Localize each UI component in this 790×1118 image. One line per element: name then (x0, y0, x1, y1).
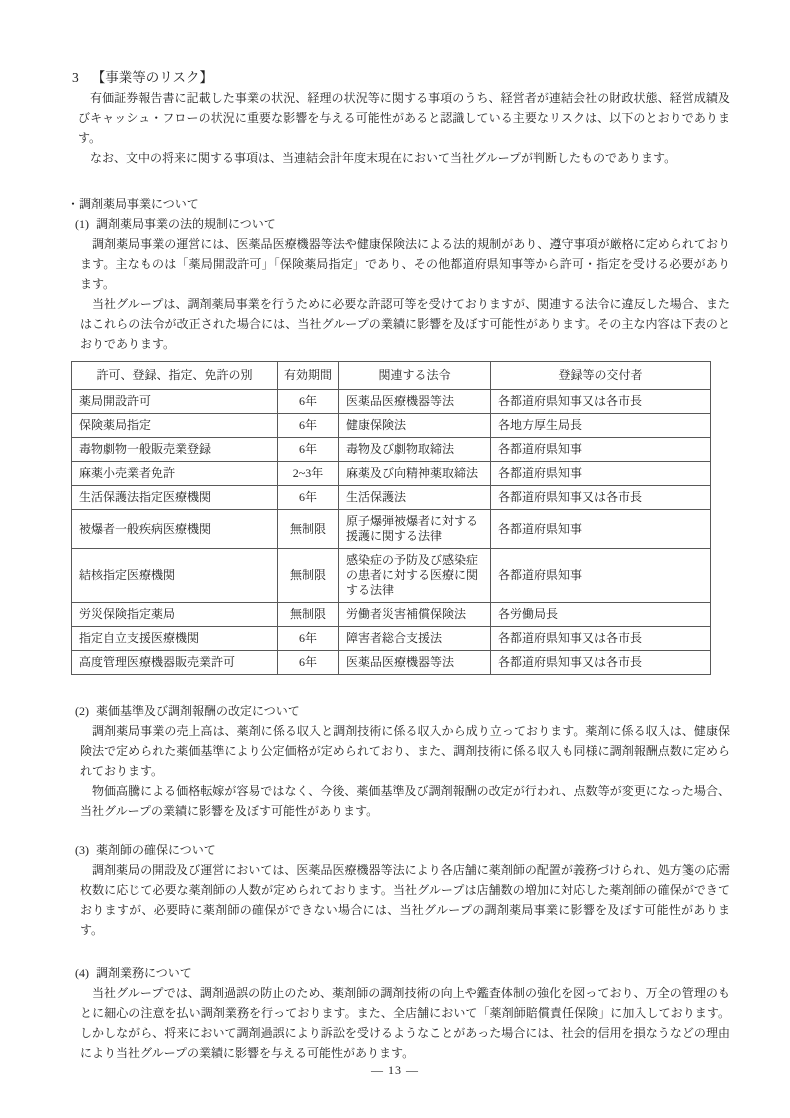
table-header-row: 許可、登録、指定、免許の別 有効期間 関連する法令 登録等の交付者 (72, 362, 711, 390)
page-number: ― 13 ― (0, 1060, 790, 1080)
cell-issuer: 各都道府県知事又は各市長 (491, 486, 711, 510)
subsection-3-number: (3) (75, 843, 89, 857)
subsection-2-title: 薬価基準及び調剤報酬の改定について (96, 704, 300, 718)
cell-valid-period: 6年 (278, 390, 339, 414)
cell-permit-type: 生活保護法指定医療機関 (72, 486, 278, 510)
document-page: 3【事業等のリスク】 有価証券報告書に記載した事業の状況、経理の状況等に関する事… (0, 0, 790, 1118)
cell-permit-type: 薬局開設許可 (72, 390, 278, 414)
cell-permit-type: 麻薬小売業者免許 (72, 462, 278, 486)
subsection-1: (1)調剤薬局事業の法的規制について 調剤薬局事業の運営には、医薬品医療機器等法… (70, 214, 730, 354)
table-row: 被爆者一般疾病医療機関 無制限 原子爆弾被爆者に対する援護に関する法律 各都道府… (72, 510, 711, 549)
cell-issuer: 各都道府県知事 (491, 438, 711, 462)
subsection-4-title: 調剤業務について (96, 966, 192, 980)
cell-valid-period: 6年 (278, 414, 339, 438)
table-row: 指定自立支援医療機関 6年 障害者総合支援法 各都道府県知事又は各市長 (72, 627, 711, 651)
col-header-permit-type: 許可、登録、指定、免許の別 (72, 362, 278, 390)
cell-valid-period: 無制限 (278, 510, 339, 549)
subsection-3-title: 薬剤師の確保について (96, 843, 216, 857)
heading-title: 【事業等のリスク】 (92, 70, 213, 85)
subsection-1-paragraph-2: 当社グループは、調剤薬局事業を行うために必要な許認可等を受けておりますが、関連す… (80, 294, 730, 354)
table-row: 労災保険指定薬局 無制限 労働者災害補償保険法 各労働局長 (72, 603, 711, 627)
table-row: 結核指定医療機関 無制限 感染症の予防及び感染症の患者に対する医療に関する法律 … (72, 549, 711, 603)
subsection-4-heading: (4)調剤業務について (75, 963, 730, 983)
cell-issuer: 各都道府県知事 (491, 549, 711, 603)
table-row: 薬局開設許可 6年 医薬品医療機器等法 各都道府県知事又は各市長 (72, 390, 711, 414)
cell-issuer: 各労働局長 (491, 603, 711, 627)
intro-paragraph-1: 有価証券報告書に記載した事業の状況、経理の状況等に関する事項のうち、経営者が連結… (78, 88, 730, 148)
cell-issuer: 各都道府県知事又は各市長 (491, 627, 711, 651)
col-header-issuer: 登録等の交付者 (491, 362, 711, 390)
subsection-1-heading: (1)調剤薬局事業の法的規制について (75, 214, 730, 234)
cell-permit-type: 被爆者一般疾病医療機関 (72, 510, 278, 549)
cell-related-law: 原子爆弾被爆者に対する援護に関する法律 (339, 510, 491, 549)
cell-related-law: 障害者総合支援法 (339, 627, 491, 651)
subsection-4: (4)調剤業務について 当社グループでは、調剤過誤の防止のため、薬剤師の調剤技術… (70, 963, 730, 1063)
subsection-3-paragraph-1: 調剤薬局の開設及び運営においては、医薬品医療機器等法により各店舗に薬剤師の配置が… (80, 860, 730, 940)
cell-valid-period: 6年 (278, 438, 339, 462)
cell-valid-period: 無制限 (278, 549, 339, 603)
subsection-2: (2)薬価基準及び調剤報酬の改定について 調剤薬局事業の売上高は、薬剤に係る収入… (70, 701, 730, 821)
cell-related-law: 医薬品医療機器等法 (339, 651, 491, 675)
section-heading: 3【事業等のリスク】 (72, 68, 730, 88)
cell-permit-type: 保険薬局指定 (72, 414, 278, 438)
cell-related-law: 感染症の予防及び感染症の患者に対する医療に関する法律 (339, 549, 491, 603)
subsection-1-title: 調剤薬局事業の法的規制について (96, 217, 276, 231)
cell-permit-type: 労災保険指定薬局 (72, 603, 278, 627)
heading-number: 3 (72, 70, 79, 85)
cell-issuer: 各都道府県知事 (491, 462, 711, 486)
cell-valid-period: 無制限 (278, 603, 339, 627)
cell-issuer: 各地方厚生局長 (491, 414, 711, 438)
table-row: 保険薬局指定 6年 健康保険法 各地方厚生局長 (72, 414, 711, 438)
cell-issuer: 各都道府県知事又は各市長 (491, 651, 711, 675)
col-header-valid-period: 有効期間 (278, 362, 339, 390)
subsection-2-paragraph-1: 調剤薬局事業の売上高は、薬剤に係る収入と調剤技術に係る収入から成り立っております… (80, 721, 730, 781)
cell-related-law: 健康保険法 (339, 414, 491, 438)
cell-valid-period: 2~3年 (278, 462, 339, 486)
cell-valid-period: 6年 (278, 627, 339, 651)
cell-valid-period: 6年 (278, 651, 339, 675)
col-header-related-law: 関連する法令 (339, 362, 491, 390)
table-row: 高度管理医療機器販売業許可 6年 医薬品医療機器等法 各都道府県知事又は各市長 (72, 651, 711, 675)
table-row: 毒物劇物一般販売業登録 6年 毒物及び劇物取締法 各都道府県知事 (72, 438, 711, 462)
subsection-2-heading: (2)薬価基準及び調剤報酬の改定について (75, 701, 730, 721)
cell-issuer: 各都道府県知事 (491, 510, 711, 549)
cell-valid-period: 6年 (278, 486, 339, 510)
cell-permit-type: 結核指定医療機関 (72, 549, 278, 603)
cell-related-law: 労働者災害補償保険法 (339, 603, 491, 627)
cell-related-law: 医薬品医療機器等法 (339, 390, 491, 414)
subsection-4-number: (4) (75, 966, 89, 980)
table-row: 生活保護法指定医療機関 6年 生活保護法 各都道府県知事又は各市長 (72, 486, 711, 510)
cell-issuer: 各都道府県知事又は各市長 (491, 390, 711, 414)
subsection-3: (3)薬剤師の確保について 調剤薬局の開設及び運営においては、医薬品医療機器等法… (70, 840, 730, 940)
cell-permit-type: 高度管理医療機器販売業許可 (72, 651, 278, 675)
cell-permit-type: 指定自立支援医療機関 (72, 627, 278, 651)
table-row: 麻薬小売業者免許 2~3年 麻薬及び向精神薬取締法 各都道府県知事 (72, 462, 711, 486)
subsection-1-number: (1) (75, 217, 89, 231)
cell-related-law: 麻薬及び向精神薬取締法 (339, 462, 491, 486)
intro-paragraph-2: なお、文中の将来に関する事項は、当連結会計年度末現在において当社グループが判断し… (78, 148, 730, 168)
cell-related-law: 毒物及び劇物取締法 (339, 438, 491, 462)
subsection-4-paragraph-1: 当社グループでは、調剤過誤の防止のため、薬剤師の調剤技術の向上や鑑査体制の強化を… (80, 983, 730, 1063)
subsection-1-paragraph-1: 調剤薬局事業の運営には、医薬品医療機器等法や健康保険法による法的規制があり、遵守… (80, 234, 730, 294)
subsection-2-number: (2) (75, 704, 89, 718)
subsection-2-paragraph-2: 物価高騰による価格転嫁が容易ではなく、今後、薬価基準及び調剤報酬の改定が行われ、… (80, 781, 730, 821)
cell-permit-type: 毒物劇物一般販売業登録 (72, 438, 278, 462)
bullet-heading: ・調剤薬局事業について (67, 194, 730, 214)
cell-related-law: 生活保護法 (339, 486, 491, 510)
subsection-3-heading: (3)薬剤師の確保について (75, 840, 730, 860)
permits-table: 許可、登録、指定、免許の別 有効期間 関連する法令 登録等の交付者 薬局開設許可… (71, 361, 711, 675)
